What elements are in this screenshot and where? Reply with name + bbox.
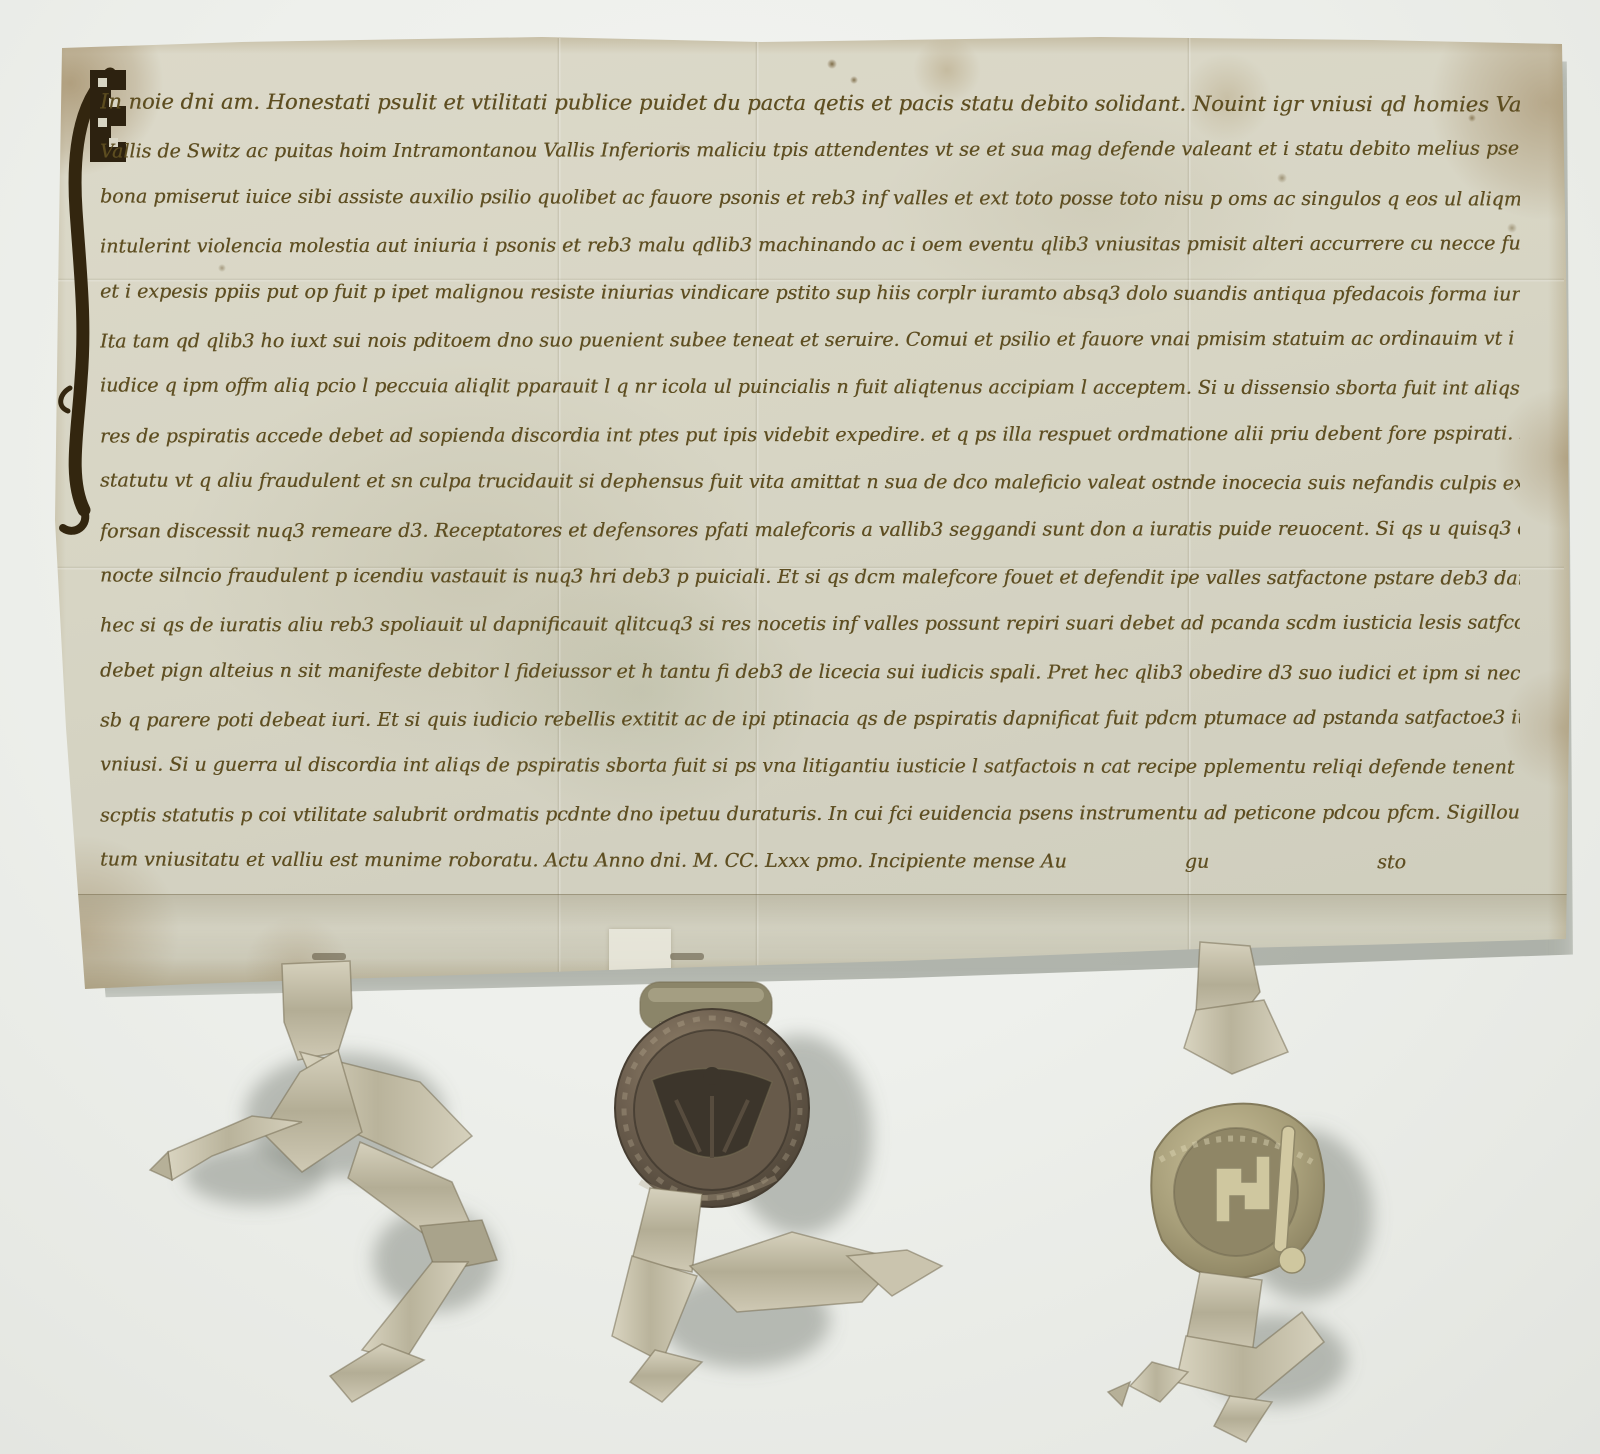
charter-dating-line: tum vniusitatu et valliu est munime robo…: [100, 837, 1520, 887]
dating-clause: gu: [1185, 839, 1210, 886]
charter-line: Vallis de Switz ac puitas hoim Intramont…: [100, 126, 1520, 176]
charter-line: In noie dni am. Honestati psulit et vtil…: [100, 79, 1520, 129]
charter-line: sb q parere poti debeat iuri. Et si quis…: [100, 695, 1520, 745]
charter-line: nocte silncio fraudulent p icendiu vasta…: [100, 552, 1520, 602]
charter-line: res de pspiratis accede debet ad sopiend…: [100, 410, 1520, 460]
charter-line: iudice q ipm offm aliq pcio l peccuia al…: [100, 363, 1520, 413]
charter-line: statutu vt q aliu fraudulent et sn culpa…: [100, 458, 1520, 508]
charter-line: et i expesis ppiis put op fuit p ipet ma…: [100, 268, 1520, 318]
charter-line: scptis statutis p coi vtilitate salubrit…: [100, 789, 1520, 839]
wax-seal-key: [1151, 1104, 1324, 1279]
charter-line: vniusi. Si u guerra ul discordia int ali…: [100, 742, 1520, 792]
charter-line: intulerint violencia molestia aut iniuri…: [100, 221, 1520, 271]
dating-clause: sto: [1377, 839, 1406, 886]
parchment-charter: I In noie dni am. Honestati psulit et vt…: [42, 28, 1574, 990]
photo-background: I In noie dni am. Honestati psulit et vt…: [0, 0, 1600, 1454]
charter-line: Ita tam qd qlib3 ho iuxt sui nois pditoe…: [100, 315, 1520, 365]
charter-line: forsan discessit nuq3 remeare d3. Recept…: [100, 505, 1520, 555]
dating-clause: tum vniusitatu et valliu est munime robo…: [100, 837, 1067, 886]
charter-line: bona pmiserut iuice sibi assiste auxilio…: [100, 173, 1520, 223]
charter-line: hec si qs de iuratis aliu reb3 spoliauit…: [100, 600, 1520, 650]
charter-text: In noie dni am. Honestati psulit et vtil…: [100, 80, 1520, 900]
charter-line: debet pign alteius n sit manifeste debit…: [100, 647, 1520, 697]
parchment-tail-right: [1108, 942, 1324, 1442]
wax-seal-eagle: [615, 1009, 809, 1207]
